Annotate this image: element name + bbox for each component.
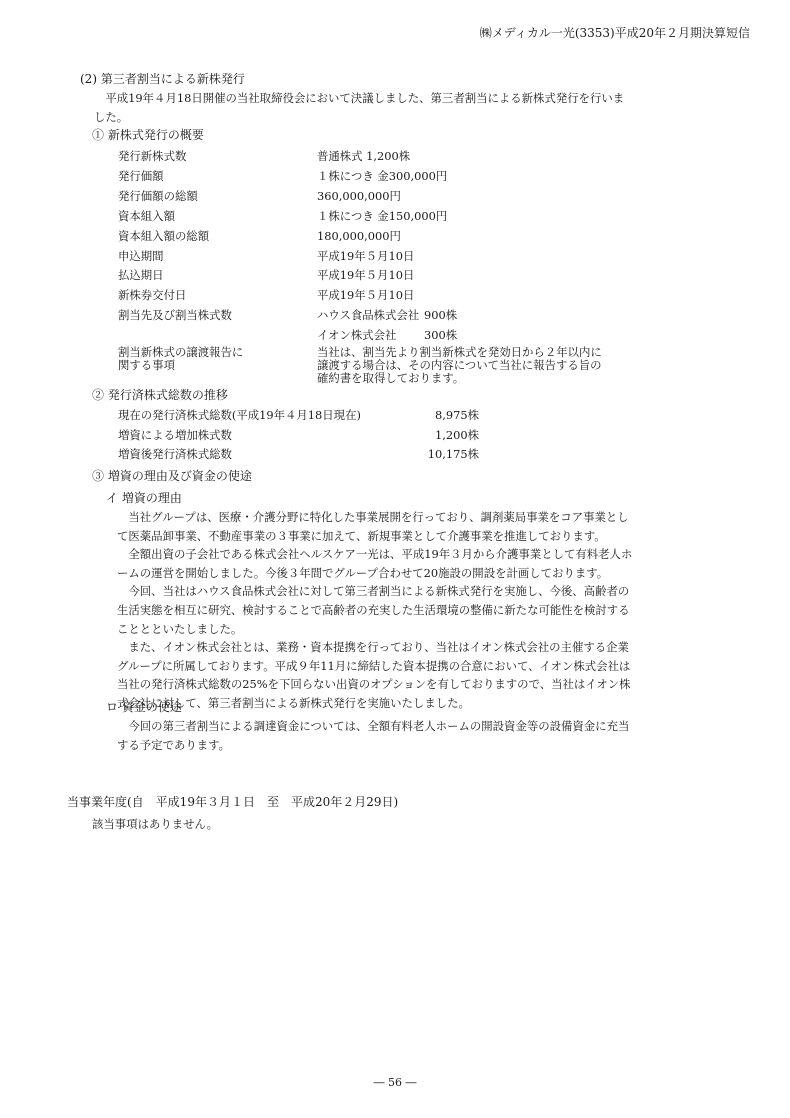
row-label: 増資後発行済株式総数 [118, 449, 232, 460]
row-value-shares: 300株 [424, 330, 457, 341]
row-value: １株につき 金300,000円 [317, 171, 447, 182]
use-of-funds-heading: ロ 資金の使途 [106, 701, 182, 713]
row-value: 360,000,000円 [317, 191, 401, 202]
row-value: 1,200株 [400, 430, 479, 441]
row-value: 平成19年５月10日 [317, 290, 414, 301]
current-year-note: 該当事項はありません。 [92, 819, 218, 830]
row-value: 180,000,000円 [317, 231, 401, 242]
row-label: 発行価額の総額 [118, 191, 198, 202]
row-label: 発行価額 [118, 171, 164, 182]
current-year-heading: 当事業年度(自 平成19年３月１日 至 平成20年２月29日) [67, 796, 398, 808]
row-value: 8,975株 [400, 410, 479, 421]
row-value: １株につき 金150,000円 [317, 211, 447, 222]
row-label: 発行新株式数 [118, 151, 186, 162]
use-of-funds-paragraph: 今回の第三者割当による調達資金については、全額有料老人ホームの開設資金等の設備資… [117, 717, 629, 754]
row-label: 払込期日 [118, 270, 164, 281]
row-value: イオン株式会社 [317, 330, 396, 341]
row-value: 平成19年５月10日 [317, 251, 414, 262]
row-label: 割当先及び割当株式数 [118, 310, 232, 321]
subsection-heading-overview: ① 新株式発行の概要 [92, 129, 204, 141]
row-value: 普通株式 1,200株 [317, 151, 410, 162]
text-line: した。 [94, 108, 624, 127]
row-value: 当社は、割当先より割当新株式を発効日から２年以内に 譲渡する場合は、その内容につ… [317, 346, 602, 385]
row-label: 新株券交付日 [118, 290, 186, 301]
row-label: 現在の発行済株式総数(平成19年４月18日現在) [118, 410, 361, 421]
row-label: 資本組入額の総額 [118, 231, 209, 242]
page-number: ― 56 ― [0, 1077, 790, 1088]
reason-heading: イ 増資の理由 [106, 492, 182, 504]
text-line: 平成19年４月18日開催の当社取締役会において決議しました、第三者割当による新株… [94, 89, 624, 108]
reason-paragraph: 当社グループは、医療・介護分野に特化した事業展開を行っており、調剤薬局事業をコア… [117, 508, 632, 713]
intro-paragraph: 平成19年４月18日開催の当社取締役会において決議しました、第三者割当による新株… [94, 89, 624, 126]
section-heading: (2) 第三者割当による新株発行 [80, 73, 245, 85]
row-label: 申込期間 [118, 251, 164, 262]
row-label: 割当新株式の譲渡報告に 関する事項 [118, 346, 243, 372]
subsection-heading-transition: ② 発行済株式総数の推移 [92, 389, 228, 401]
row-value-shares: 900株 [424, 310, 457, 321]
document-header: ㈱メディカル一光(3353)平成20年２月期決算短信 [480, 27, 750, 39]
subsection-heading-reason: ③ 増資の理由及び資金の使途 [92, 470, 252, 482]
row-label: 増資による増加株式数 [118, 430, 232, 441]
row-value: ハウス食品株式会社 [317, 310, 419, 321]
row-label: 資本組入額 [118, 211, 175, 222]
row-value: 平成19年５月10日 [317, 270, 414, 281]
row-value: 10,175株 [400, 449, 479, 460]
